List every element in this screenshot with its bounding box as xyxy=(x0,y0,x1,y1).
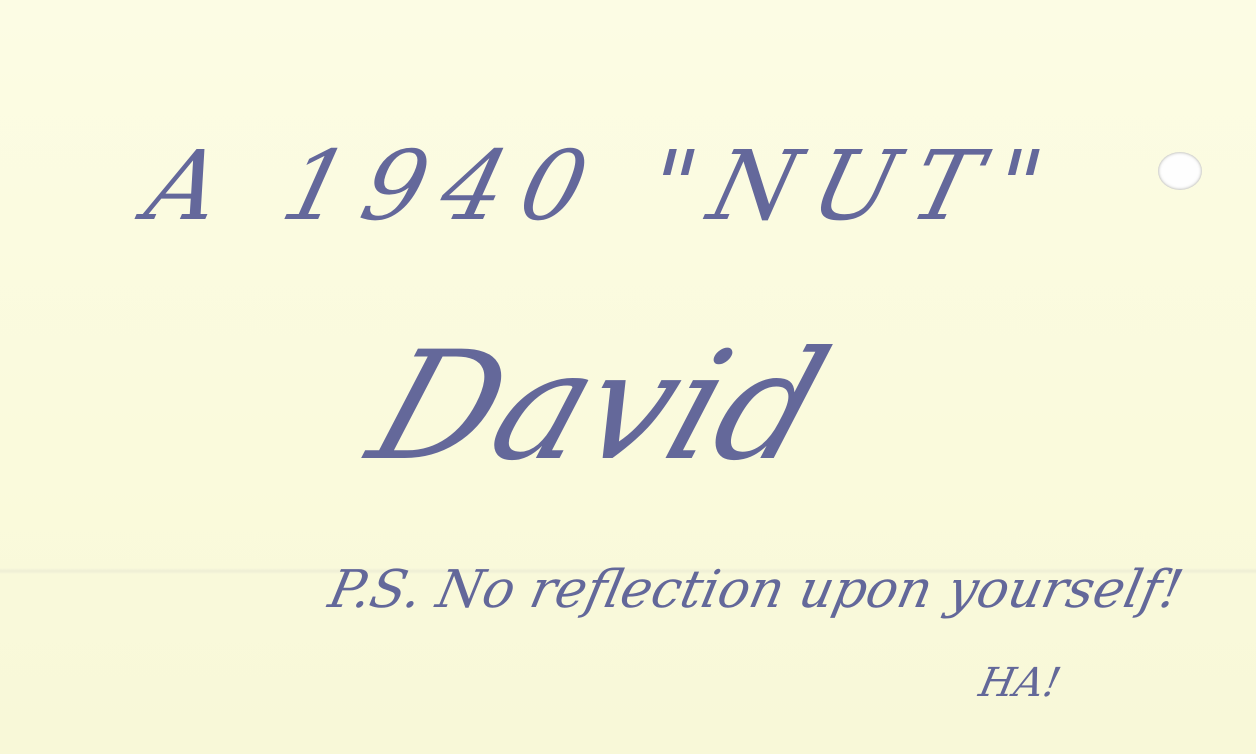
closing-line: HA! xyxy=(975,660,1065,706)
note-card: A 1940 "NUT" David P.S. No reflection up… xyxy=(0,0,1256,754)
title-line: A 1940 "NUT" xyxy=(136,130,1072,242)
punch-hole xyxy=(1158,152,1202,190)
signature: David xyxy=(352,320,847,494)
postscript-line: P.S. No reflection upon yourself! xyxy=(324,560,1188,620)
